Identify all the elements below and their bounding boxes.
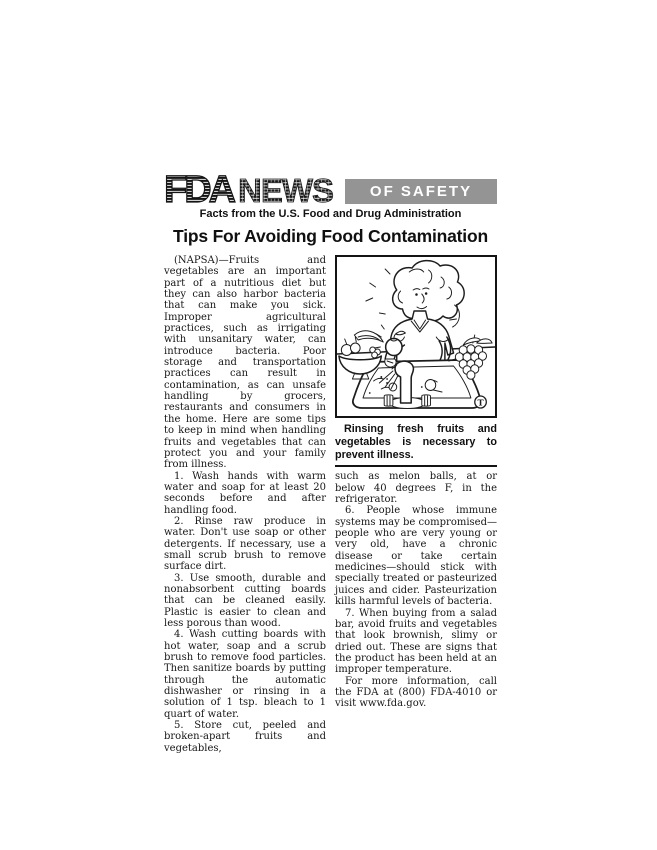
paragraph: For more information, call the FDA at (8… bbox=[335, 676, 497, 710]
paragraph: (NAPSA)—Fruits and vegetables are an imp… bbox=[164, 255, 326, 471]
of-safety-banner: OF SAFETY bbox=[345, 179, 497, 204]
left-column: (NAPSA)—Fruits and vegetables are an imp… bbox=[164, 255, 326, 754]
paragraph: 4. Wash cutting boards with hot water, s… bbox=[164, 629, 326, 720]
paragraph: 7. When buying from a salad bar, avoid f… bbox=[335, 608, 497, 676]
woman-figure bbox=[366, 261, 464, 364]
of-safety-label: OF SAFETY bbox=[370, 183, 472, 200]
article-page: FDA NEWS OF SAFETY Facts from the U.S. F… bbox=[164, 171, 497, 754]
article-columns: (NAPSA)—Fruits and vegetables are an imp… bbox=[164, 255, 497, 754]
torso-shirt bbox=[389, 311, 454, 364]
produce-washing-illustration: T bbox=[337, 257, 495, 416]
fda-logo-text: FDA bbox=[164, 171, 236, 205]
paragraph: 1. Wash hands with warm water and soap f… bbox=[164, 471, 326, 516]
produce-in-sink bbox=[389, 383, 397, 391]
illustration-figure: T Rinsing fresh fruits and vegetables is… bbox=[335, 255, 497, 467]
news-logo-text: NEWS bbox=[238, 172, 333, 205]
paragraph: 2. Rinse raw produce in water. Don't use… bbox=[164, 516, 326, 573]
masthead: FDA NEWS OF SAFETY Facts from the U.S. F… bbox=[164, 171, 497, 221]
tagline: Facts from the U.S. Food and Drug Admini… bbox=[164, 208, 497, 221]
trademark-t-icon: T bbox=[475, 396, 487, 408]
svg-text:T: T bbox=[478, 397, 485, 407]
paragraph: such as melon balls, at or below 40 degr… bbox=[335, 471, 497, 505]
paragraph: 5. Store cut, peeled and broken-apart fr… bbox=[164, 720, 326, 754]
illustration-frame: T bbox=[335, 255, 497, 418]
image-caption: Rinsing fresh fruits and vegetables is n… bbox=[335, 418, 497, 467]
headline: Tips For Avoiding Food Contamination bbox=[164, 226, 497, 247]
produce-in-sink bbox=[425, 380, 436, 391]
logo-row: FDA NEWS OF SAFETY bbox=[164, 171, 497, 205]
paragraph: 3. Use smooth, durable and nonabsorbent … bbox=[164, 573, 326, 630]
paragraph: 6. People whose immune systems may be co… bbox=[335, 505, 497, 607]
right-column: T Rinsing fresh fruits and vegetables is… bbox=[335, 255, 497, 754]
fda-news-logo-icon: FDA NEWS bbox=[164, 171, 342, 205]
